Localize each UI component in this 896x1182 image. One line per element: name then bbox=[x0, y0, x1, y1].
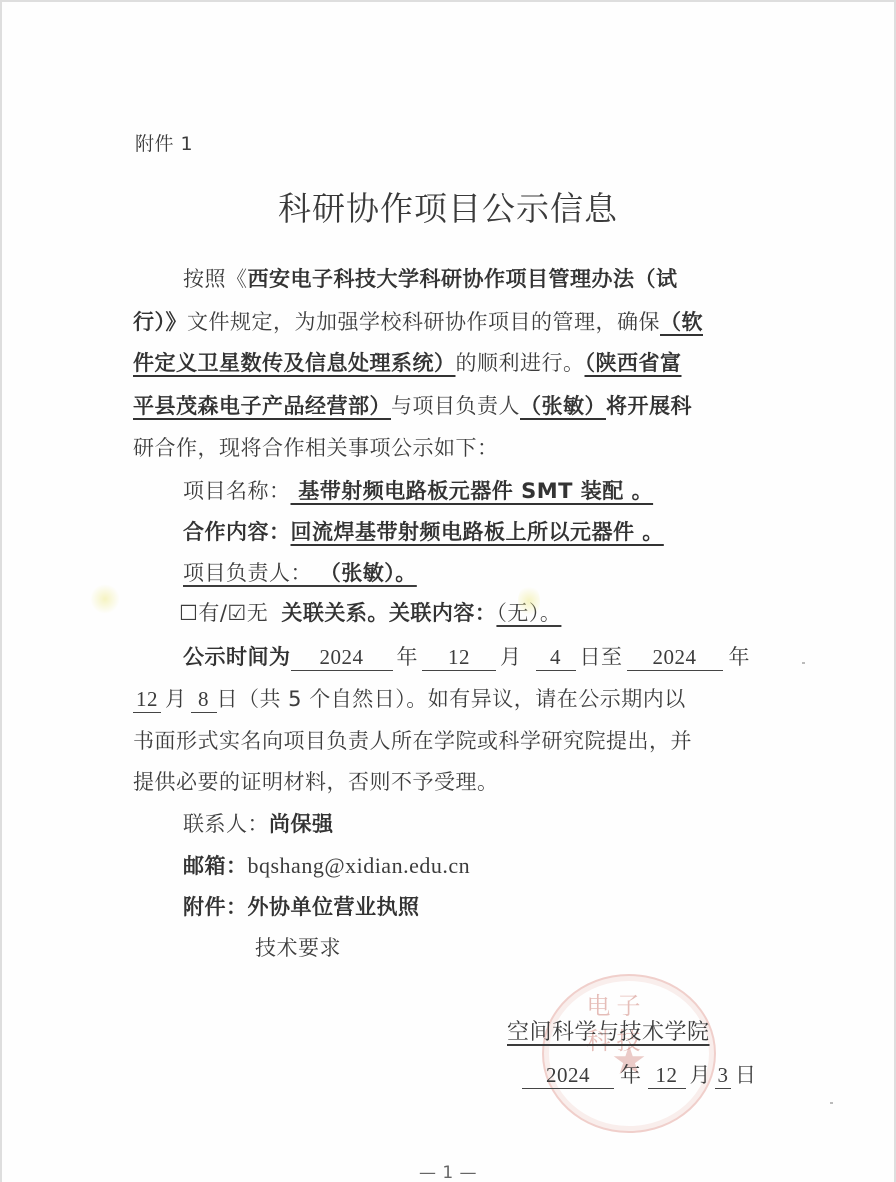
checkbox-checked-icon: ☑ bbox=[227, 601, 246, 625]
attachment-item: 技术要求 bbox=[255, 933, 341, 963]
field-label: 合作内容： bbox=[183, 520, 291, 544]
scan-stain bbox=[518, 584, 540, 618]
project-name-value: 基带射频电路板元器件 SMT 装配 。 bbox=[291, 479, 654, 503]
rules-name-end: 行）》 bbox=[133, 310, 187, 334]
project-system-start: （软 bbox=[660, 310, 703, 334]
scan-stain bbox=[90, 584, 120, 614]
sign-day-unit: 日 bbox=[735, 1063, 757, 1087]
contact-name: 尚保强 bbox=[269, 812, 334, 836]
contact-line: 联系人：尚保强 bbox=[183, 809, 334, 839]
period-line-3: 书面形式实名向项目负责人所在学院或科学研究院提出，并 bbox=[133, 726, 692, 756]
attachments-line: 附件：外协单位营业执照 bbox=[183, 892, 420, 922]
email-label: 邮箱： bbox=[183, 854, 248, 878]
year-unit: 年 bbox=[397, 645, 419, 669]
scan-speck bbox=[802, 662, 805, 664]
page-number: — 1 — bbox=[2, 1158, 894, 1182]
intro-line-5: 研合作，现将合作相关事项公示如下： bbox=[133, 433, 499, 463]
sign-month: 12 bbox=[648, 1062, 686, 1089]
start-day: 4 bbox=[536, 644, 576, 671]
leader-name: （张敏） bbox=[520, 394, 606, 418]
leader-value: （张敏）。 bbox=[312, 561, 417, 585]
rules-name: 西安电子科技大学科研协作项目管理办法（试 bbox=[248, 267, 678, 291]
sign-day: 3 bbox=[715, 1062, 731, 1089]
sign-year-unit: 年 bbox=[620, 1063, 642, 1087]
field-label: 项目负责人： bbox=[183, 561, 312, 585]
page-title: 科研协作项目公示信息 bbox=[2, 189, 894, 229]
checkbox-unchecked-icon: ☐ bbox=[179, 601, 198, 625]
field-leader: 项目负责人： （张敏）。 bbox=[183, 558, 417, 588]
attachments-label: 附件： bbox=[183, 895, 248, 919]
option-none-label: 无 bbox=[247, 601, 269, 625]
period-line-2: 12月8日（共 5 个自然日）。如有异议，请在公示期内以 bbox=[133, 684, 686, 714]
attachment-number: 附件 1 bbox=[135, 129, 193, 159]
document-page: 附件 1 科研协作项目公示信息 按照《西安电子科技大学科研协作项目管理办法（试 … bbox=[2, 2, 894, 1182]
sign-year: 2024 bbox=[522, 1062, 614, 1089]
intro-line-3: 件定义卫星数传及信息处理系统）的顺利进行。（陕西省富 bbox=[133, 348, 682, 378]
project-system-name: 件定义卫星数传及信息处理系统） bbox=[133, 351, 456, 375]
intro-text: 将开展科 bbox=[606, 394, 692, 418]
month-unit: 月 bbox=[500, 645, 522, 669]
end-year: 2024 bbox=[627, 644, 723, 671]
relation-text: 关联关系。关联内容： bbox=[281, 601, 496, 625]
day-to: 日至 bbox=[580, 645, 623, 669]
intro-text: 按照《 bbox=[183, 267, 248, 291]
end-year-unit: 年 bbox=[729, 645, 751, 669]
contact-label: 联系人： bbox=[183, 812, 269, 836]
intro-text: 文件规定，为加强学校科研协作项目的管理，确保 bbox=[187, 310, 660, 334]
field-cooperation-content: 合作内容：回流焊基带射频电路板上所以元器件 。 bbox=[183, 517, 664, 547]
signing-department: 空间科学与技术学院 bbox=[507, 1018, 710, 1048]
start-month: 12 bbox=[422, 644, 496, 671]
official-seal: 电子科技 ★ bbox=[542, 974, 716, 1133]
period-suffix: 日（共 5 个自然日）。如有异议，请在公示期内以 bbox=[217, 687, 686, 711]
field-label: 项目名称： bbox=[183, 479, 291, 503]
sign-month-unit: 月 bbox=[690, 1063, 712, 1087]
intro-line-2: 行）》文件规定，为加强学校科研协作项目的管理，确保（软 bbox=[133, 307, 703, 337]
option-has-label: 有/ bbox=[198, 601, 227, 625]
signing-date: 2024年12月3日 bbox=[522, 1060, 757, 1090]
email-address: bqshang@xidian.edu.cn bbox=[248, 853, 471, 878]
intro-line-1: 按照《西安电子科技大学科研协作项目管理办法（试 bbox=[183, 264, 678, 294]
period-line-4: 提供必要的证明材料，否则不予受理。 bbox=[133, 767, 499, 797]
attachment-item: 外协单位营业执照 bbox=[248, 895, 420, 919]
email-line: 邮箱：bqshang@xidian.edu.cn bbox=[183, 851, 470, 881]
start-year: 2024 bbox=[291, 644, 393, 671]
relation-line: ☐有/☑无 关联关系。关联内容：（无）。 bbox=[179, 598, 561, 628]
cooperation-content-value: 回流焊基带射频电路板上所以元器件 。 bbox=[291, 520, 664, 544]
scan-speck bbox=[830, 1102, 833, 1104]
end-day: 8 bbox=[191, 686, 217, 713]
partner-start: （陕西省富 bbox=[585, 351, 682, 375]
period-prefix: 公示时间为 bbox=[183, 645, 291, 669]
partner-name: 平县茂森电子产品经营部） bbox=[133, 394, 391, 418]
period-line-1: 公示时间为2024年12月4日至2024年 bbox=[183, 642, 750, 672]
intro-text: 的顺利进行。 bbox=[456, 351, 585, 375]
intro-text: 与项目负责人 bbox=[391, 394, 520, 418]
intro-line-4: 平县茂森电子产品经营部）与项目负责人（张敏）将开展科 bbox=[133, 391, 692, 421]
end-month-unit: 月 bbox=[165, 687, 187, 711]
end-month: 12 bbox=[133, 686, 161, 713]
field-project-name: 项目名称： 基带射频电路板元器件 SMT 装配 。 bbox=[183, 476, 653, 506]
